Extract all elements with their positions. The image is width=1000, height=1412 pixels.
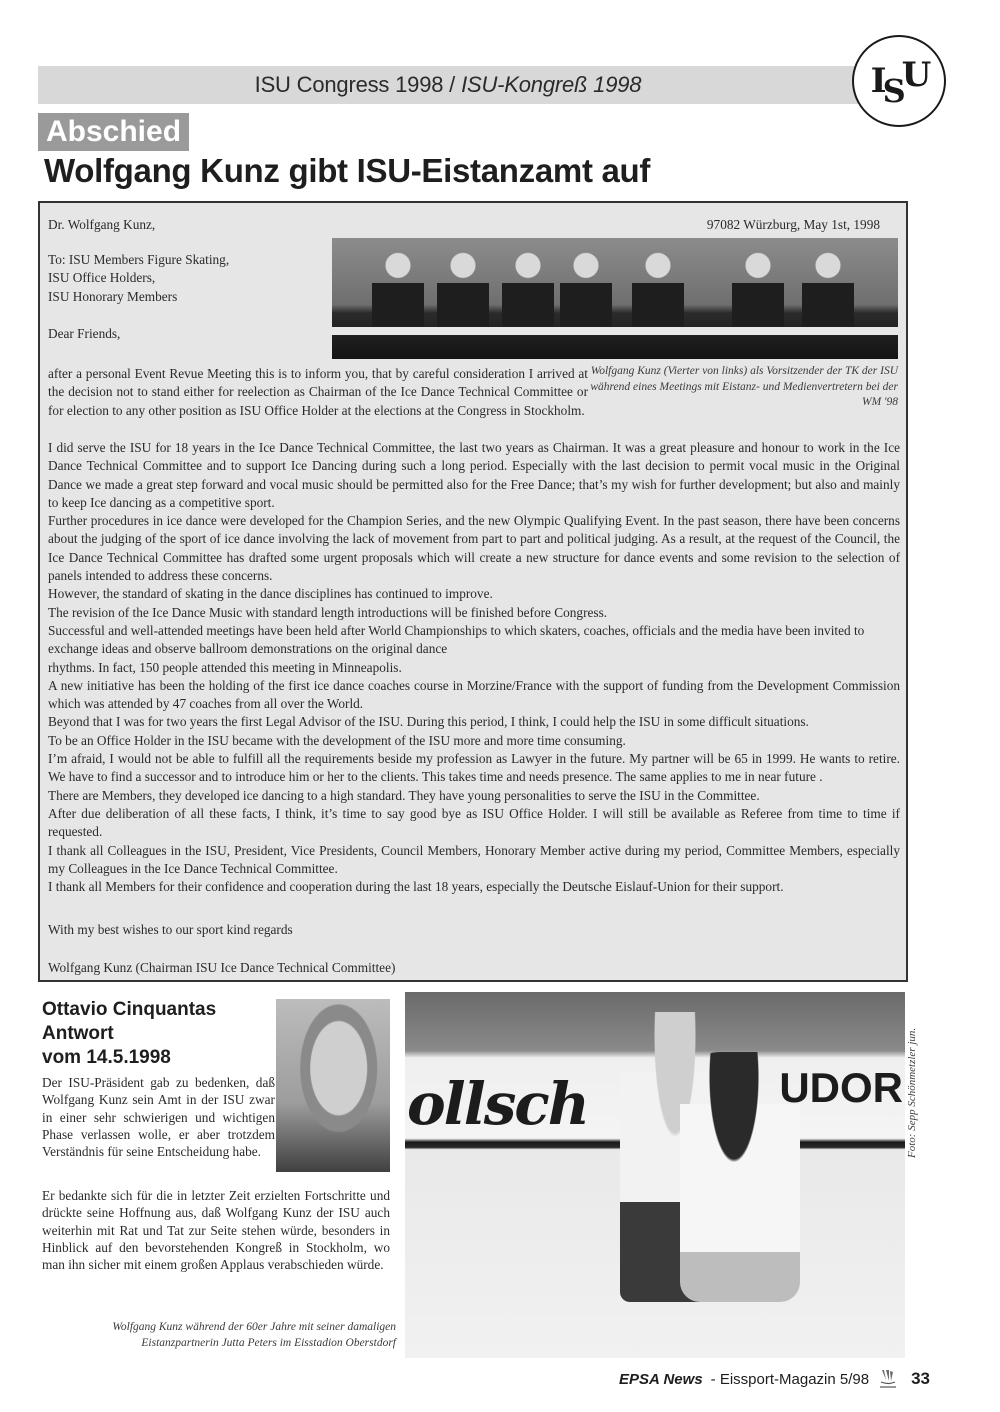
letter-paragraph: Further procedures in ice dance were dev… [48, 512, 900, 585]
photo-figure-woman [680, 1052, 800, 1302]
letter-body: I did serve the ISU for 18 years in the … [48, 439, 900, 896]
letter-salutation: Dear Friends, [48, 325, 120, 343]
page-footer: EPSA News - Eissport-Magazin 5/98 33 [575, 1368, 930, 1390]
letter-paragraph: To be an Office Holder in the ISU became… [48, 732, 900, 750]
photo-figure [437, 251, 489, 331]
section-band: ISU Congress 1998 / ISU-Kongreß 1998 [38, 66, 858, 104]
letter-paragraph: The revision of the Ice Dance Music with… [48, 604, 900, 622]
skater-photo-caption: Wolfgang Kunz während der 60er Jahre mit… [40, 1319, 396, 1351]
photo-figure [560, 251, 612, 331]
kicker-label: Abschied [38, 113, 189, 151]
photo-figure [732, 251, 784, 331]
letter-paragraph: There are Members, they developed ice da… [48, 787, 900, 805]
photo-credit: Foto: Sepp Schönmetzler jun. [906, 998, 930, 1158]
recipient-line: ISU Office Holders, [48, 269, 229, 287]
photo-figure [802, 251, 854, 331]
recipient-line: ISU Honorary Members [48, 288, 229, 306]
logo-letter-s: S [883, 72, 902, 110]
page-number: 33 [911, 1369, 930, 1389]
letter-paragraph: I thank all Colleagues in the ISU, Presi… [48, 842, 900, 879]
response-heading-line: vom 14.5.1998 [42, 1046, 272, 1070]
response-heading: Ottavio Cinquantas Antwort vom 14.5.1998 [42, 998, 272, 1070]
letter-signature: Wolfgang Kunz (Chairman ISU Ice Dance Te… [48, 959, 395, 977]
response-heading-line: Antwort [42, 1022, 272, 1046]
letter-place-date: 97082 Würzburg, May 1st, 1998 [640, 216, 880, 234]
letter-paragraph: However, the standard of skating in the … [48, 585, 900, 603]
portrait-photo [276, 999, 390, 1172]
footer-publication: EPSA News [619, 1371, 703, 1388]
letter-paragraph: Successful and well-attended meetings ha… [48, 622, 900, 659]
skater-photo: ollsch UDOR [405, 992, 905, 1358]
photo-figure [502, 251, 554, 331]
photo-table [332, 327, 898, 335]
isu-logo-icon: ISU [852, 35, 946, 127]
skater-logo-icon [877, 1368, 899, 1390]
letter-recipients: To: ISU Members Figure Skating, ISU Offi… [48, 251, 229, 306]
response-paragraph-1: Der ISU-Präsident gab zu bedenken, daß W… [42, 1074, 275, 1160]
meeting-photo-caption: Wolfgang Kunz (Vierter von links) als Vo… [584, 364, 898, 411]
response-paragraph-2: Er bedankte sich für die in letzter Zeit… [42, 1187, 390, 1273]
letter-paragraph: I’m afraid, I would not be able to fulfi… [48, 750, 900, 787]
section-band-text: ISU Congress 1998 / [255, 72, 455, 98]
letter-closing: With my best wishes to our sport kind re… [48, 921, 293, 939]
letter-intro-paragraph: after a personal Event Revue Meeting thi… [48, 365, 588, 420]
letter-paragraph: rhythms. In fact, 150 people attended th… [48, 659, 900, 677]
letter-paragraph: After due deliberation of all these fact… [48, 805, 900, 842]
meeting-photo [332, 238, 898, 359]
letter-paragraph: I thank all Members for their confidence… [48, 878, 900, 896]
letter-paragraph: I did serve the ISU for 18 years in the … [48, 439, 900, 512]
letter-sender: Dr. Wolfgang Kunz, [48, 216, 155, 234]
recipient-line: To: ISU Members Figure Skating, [48, 251, 229, 269]
logo-letter-u: U [902, 55, 928, 95]
letter-paragraph: Beyond that I was for two years the firs… [48, 713, 900, 731]
section-band-text-italic: ISU-Kongreß 1998 [461, 72, 641, 98]
logo-letter-i: I [871, 61, 883, 101]
banner-text-left: ollsch [407, 1070, 588, 1138]
letter-paragraph: A new initiative has been the holding of… [48, 677, 900, 714]
response-heading-line: Ottavio Cinquantas [42, 998, 272, 1022]
footer-magazine: - Eissport-Magazin 5/98 [711, 1371, 869, 1388]
photo-figure [632, 251, 684, 331]
photo-figure [372, 251, 424, 331]
page-title: Wolfgang Kunz gibt ISU-Eistanzamt auf [44, 152, 650, 190]
